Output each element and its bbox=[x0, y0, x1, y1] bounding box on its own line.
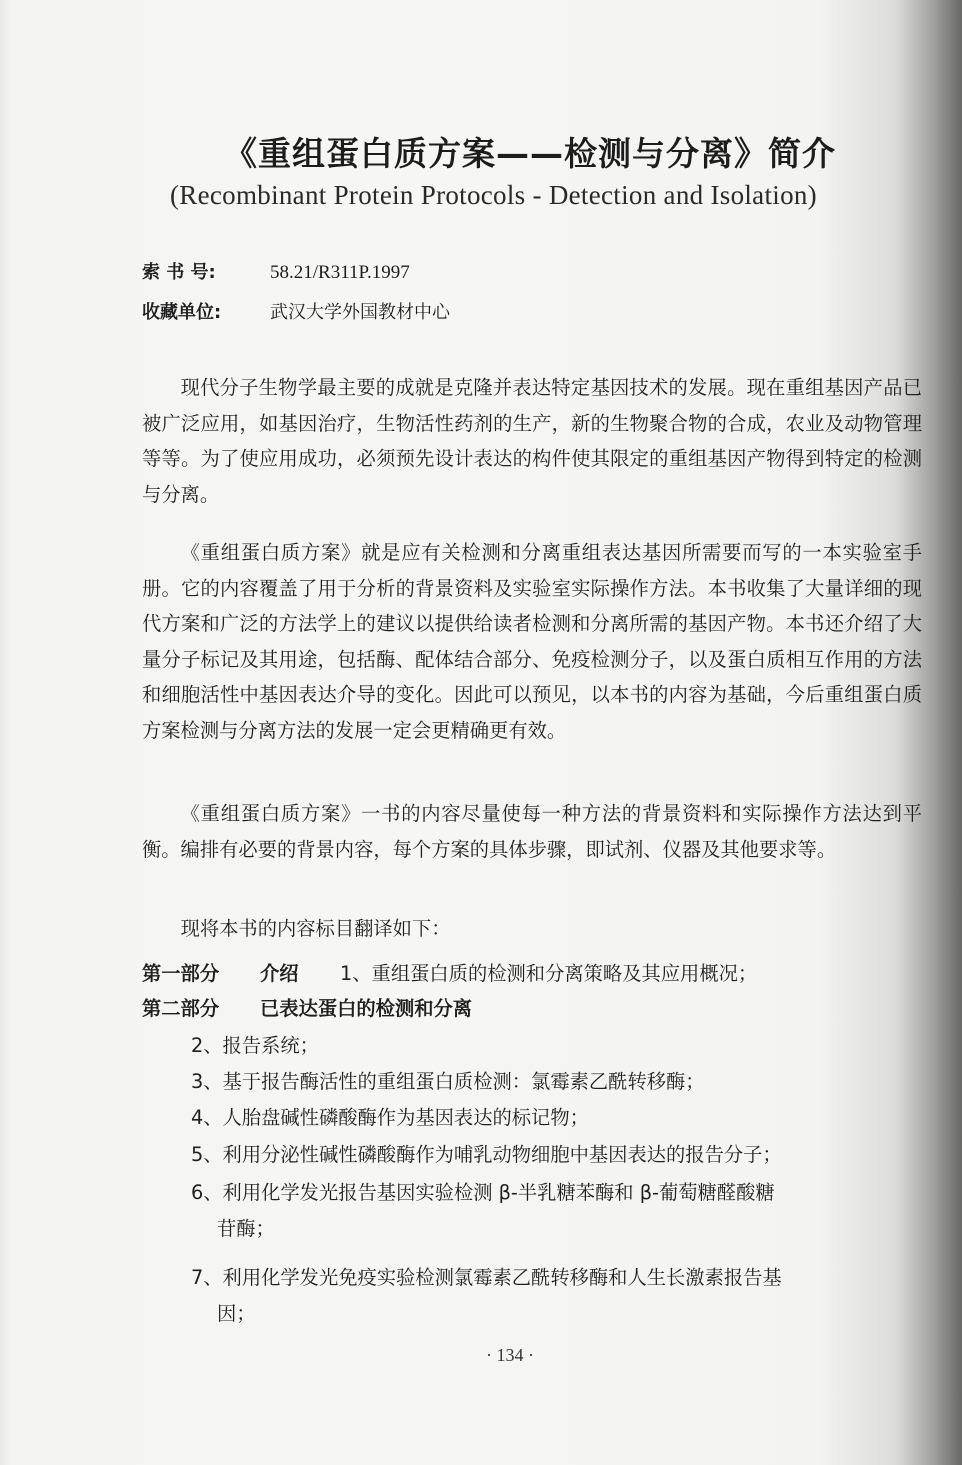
call-number-label: 索 书 号: bbox=[142, 258, 270, 284]
document-subtitle: (Recombinant Protein Protocols - Detecti… bbox=[170, 180, 817, 211]
paragraph-2: 《重组蛋白质方案》就是应有关检测和分离重组表达基因所需要而写的一本实验室手册。它… bbox=[142, 535, 922, 748]
toc-item-continuation: 苷酶； bbox=[191, 1211, 926, 1247]
balance-paragraph: 《重组蛋白质方案》一书的内容尽量使每一种方法的背景资料和实际操作方法达到平衡。编… bbox=[142, 796, 922, 867]
collection-value: 武汉大学外国教材中心 bbox=[270, 302, 450, 323]
toc-part1-title: 介绍 bbox=[260, 958, 299, 986]
toc-part1-item: 1、重组蛋白质的检测和分离策略及其应用概况； bbox=[340, 958, 757, 986]
toc-item-text: 2、报告系统； bbox=[191, 1028, 926, 1064]
toc-item: 7、利用化学发光免疫实验检测氯霉素乙酰转移酶和人生长激素报告基 因； bbox=[191, 1260, 926, 1331]
paragraph-3: 《重组蛋白质方案》一书的内容尽量使每一种方法的背景资料和实际操作方法达到平衡。编… bbox=[142, 796, 922, 867]
toc-item-text: 7、利用化学发光免疫实验检测氯霉素乙酰转移酶和人生长激素报告基 bbox=[191, 1260, 926, 1296]
toc-item-text: 5、利用分泌性碱性磷酸酶作为哺乳动物细胞中基因表达的报告分子； bbox=[191, 1137, 926, 1173]
toc-part2-title: 已表达蛋白的检测和分离 bbox=[260, 993, 472, 1021]
description-paragraph: 《重组蛋白质方案》就是应有关检测和分离重组表达基因所需要而写的一本实验室手册。它… bbox=[142, 535, 922, 748]
document-title: 《重组蛋白质方案——检测与分离》简介 bbox=[0, 128, 962, 175]
collection-label: 收藏单位: bbox=[142, 298, 270, 324]
toc-item: 2、报告系统； bbox=[191, 1028, 926, 1064]
call-number-row: 索 书 号:58.21/R311P.1997 bbox=[142, 258, 410, 284]
toc-item-text: 6、利用化学发光报告基因实验检测 β-半乳糖苯酶和 β-葡萄糖醛酸糖 bbox=[191, 1175, 926, 1211]
toc-item: 3、基于报告酶活性的重组蛋白质检测：氯霉素乙酰转移酶； bbox=[191, 1064, 926, 1100]
toc-item: 6、利用化学发光报告基因实验检测 β-半乳糖苯酶和 β-葡萄糖醛酸糖 苷酶； bbox=[191, 1175, 926, 1246]
paragraph-1: 现代分子生物学最主要的成就是克隆并表达特定基因技术的发展。现在重组基因产品已被广… bbox=[142, 370, 922, 512]
toc-part2-label: 第二部分 bbox=[142, 993, 219, 1021]
intro-paragraph: 现代分子生物学最主要的成就是克隆并表达特定基因技术的发展。现在重组基因产品已被广… bbox=[142, 370, 922, 512]
toc-intro-paragraph: 现将本书的内容标目翻译如下： bbox=[142, 911, 922, 947]
toc-item: 4、人胎盘碱性磷酸酶作为基因表达的标记物； bbox=[191, 1100, 926, 1136]
collection-row: 收藏单位:武汉大学外国教材中心 bbox=[142, 298, 450, 324]
toc-item: 5、利用分泌性碱性磷酸酶作为哺乳动物细胞中基因表达的报告分子； bbox=[191, 1137, 926, 1173]
call-number-value: 58.21/R311P.1997 bbox=[270, 262, 410, 283]
toc-item-continuation: 因； bbox=[191, 1296, 926, 1332]
toc-item-text: 4、人胎盘碱性磷酸酶作为基因表达的标记物； bbox=[191, 1100, 926, 1136]
toc-part1-label: 第一部分 bbox=[142, 958, 219, 986]
paragraph-4: 现将本书的内容标目翻译如下： bbox=[142, 911, 922, 947]
toc-item-text: 3、基于报告酶活性的重组蛋白质检测：氯霉素乙酰转移酶； bbox=[191, 1064, 926, 1100]
page-number: · 134 · bbox=[0, 1345, 962, 1366]
